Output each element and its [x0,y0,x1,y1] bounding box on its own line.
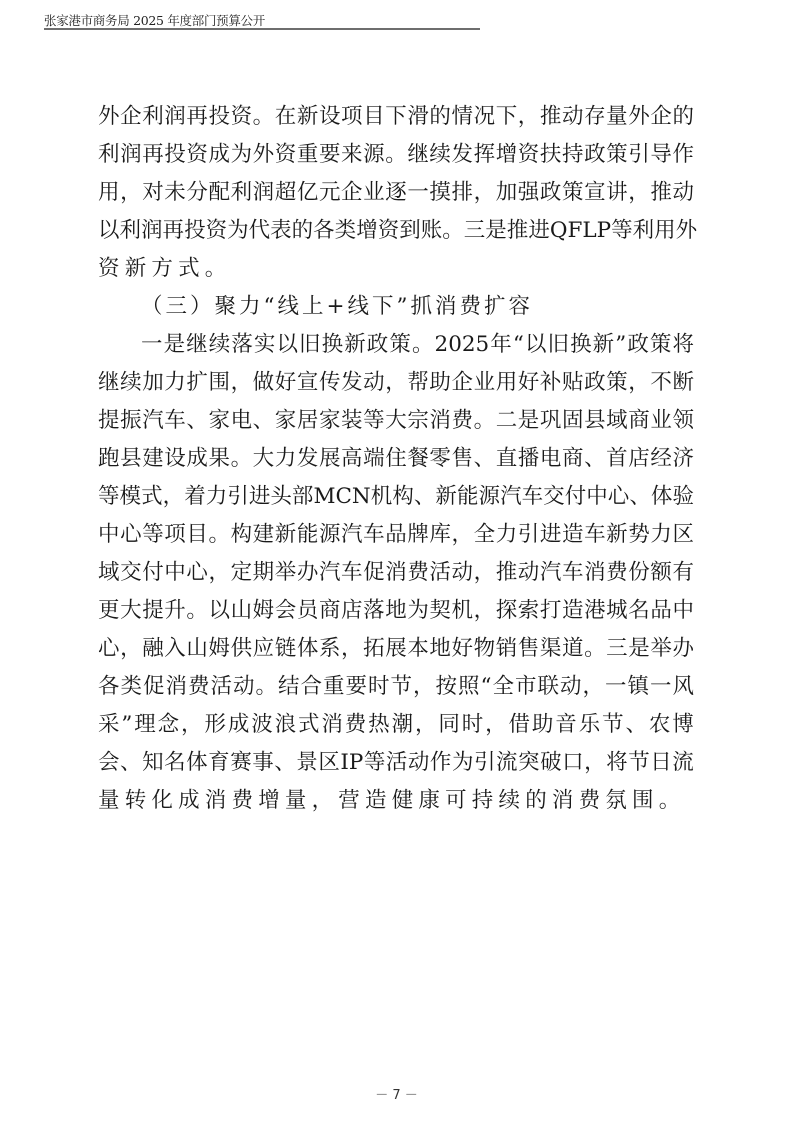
text-line: 更大提升。以山姆会员商店落地为契机，探索打造港城名品中 [98,592,694,630]
page-number: － 7 － [0,1084,793,1103]
text-line: 以利润再投资为代表的各类增资到账。三是推进QFLP等利用外 [98,212,694,250]
paragraph-foreign-investment: 外企利润再投资。在新设项目下滑的情况下，推动存量外企的 利润再投资成为外资重要来… [98,98,694,288]
text-line: 量转化成消费增量，营造健康可持续的消费氛围。 [98,782,694,820]
text-line: 跑县建设成果。大力发展高端住餐零售、直播电商、首店经济 [98,440,694,478]
text-line: 提振汽车、家电、家居家装等大宗消费。二是巩固县域商业领 [98,402,694,440]
text-line: 等模式，着力引进头部MCN机构、新能源汽车交付中心、体验 [98,478,694,516]
text-line: 外企利润再投资。在新设项目下滑的情况下，推动存量外企的 [98,98,694,136]
text-line: 继续加力扩围，做好宣传发动，帮助企业用好补贴政策，不断 [98,364,694,402]
document-body: 外企利润再投资。在新设项目下滑的情况下，推动存量外企的 利润再投资成为外资重要来… [98,98,694,820]
text-line: 利润再投资成为外资重要来源。继续发挥增资扶持政策引导作 [98,136,694,174]
text-line: 采”理念，形成波浪式消费热潮，同时，借助音乐节、农博 [98,706,694,744]
paragraph-consumption: 一是继续落实以旧换新政策。2025年“以旧换新”政策将 继续加力扩围，做好宣传发… [98,326,694,820]
text-line: 会、知名体育赛事、景区IP等活动作为引流突破口，将节日流 [98,744,694,782]
text-line: 各类促消费活动。结合重要时节，按照“全市联动，一镇一风 [98,668,694,706]
text-line: 一是继续落实以旧换新政策。2025年“以旧换新”政策将 [98,326,694,364]
header-divider [44,28,480,30]
text-line: 中心等项目。构建新能源汽车品牌库，全力引进造车新势力区 [98,516,694,554]
text-line: 资新方式。 [98,250,694,288]
text-line: 域交付中心，定期举办汽车促消费活动，推动汽车消费份额有 [98,554,694,592]
text-line: 用，对未分配利润超亿元企业逐一摸排，加强政策宣讲，推动 [98,174,694,212]
section-heading: （三）聚力“线上+线下”抓消费扩容 [98,288,694,326]
text-line: 心，融入山姆供应链体系，拓展本地好物销售渠道。三是举办 [98,630,694,668]
